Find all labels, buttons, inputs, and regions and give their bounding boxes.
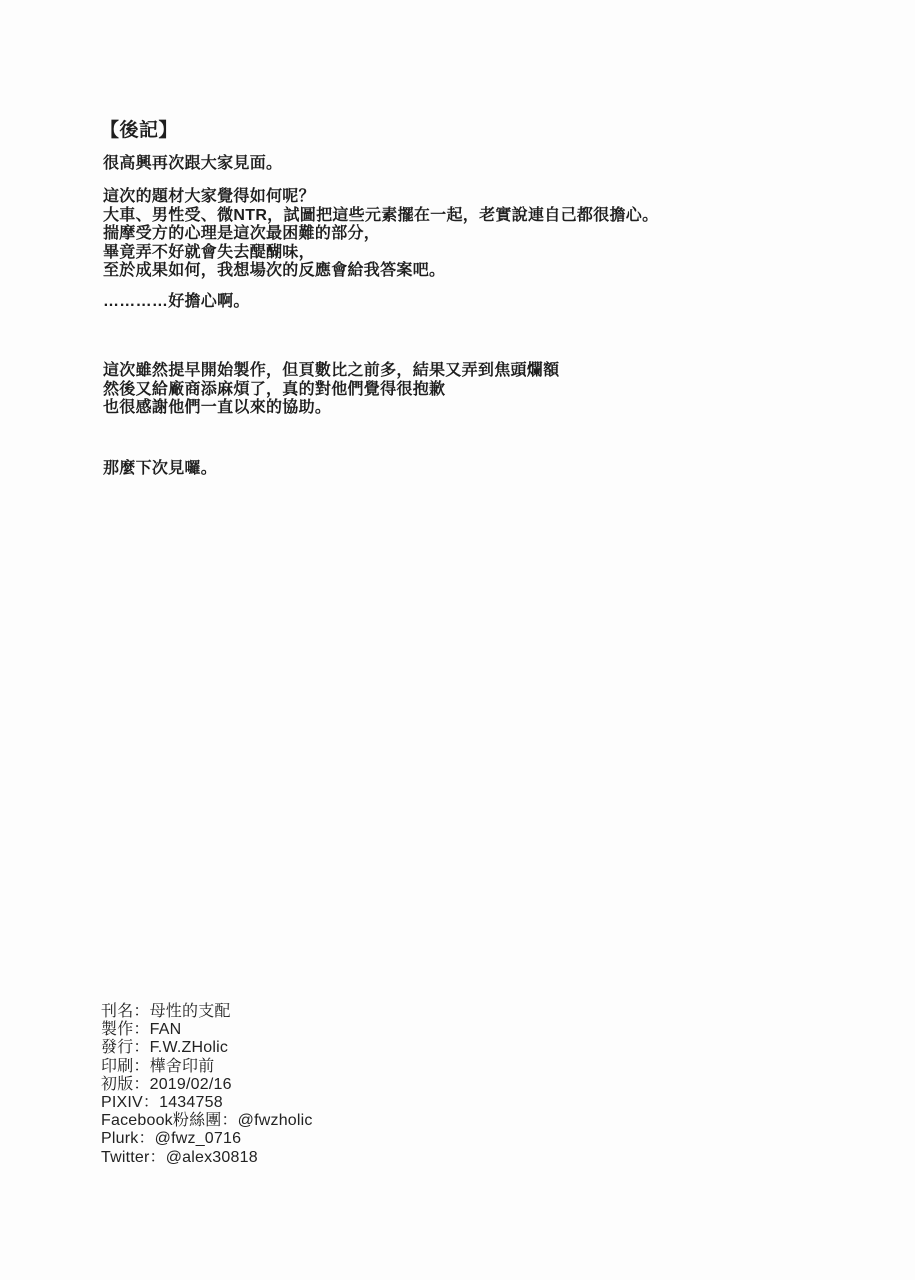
colophon-line-pixiv: PIXIV：1434758 xyxy=(101,1094,313,1112)
paragraph-line: 畢竟弄不好就會失去醍醐味， xyxy=(103,244,658,263)
afterword-page: 【後記】 很高興再次跟大家見面。 這次的題材大家覺得如何呢？ 大車、男性受、微N… xyxy=(0,0,915,1280)
paragraph-line: 至於成果如何，我想場次的反應會給我答案吧。 xyxy=(103,262,658,281)
paragraph-line: 也很感謝他們一直以來的協助。 xyxy=(103,399,559,418)
colophon-line-title: 刊名：母性的支配 xyxy=(101,1003,313,1021)
colophon-line-edition: 初版：2019/02/16 xyxy=(101,1076,313,1094)
colophon-line-printer: 印刷：樺舍印前 xyxy=(101,1058,313,1076)
paragraph-line: 這次雖然提早開始製作，但頁數比之前多，結果又弄到焦頭爛額 xyxy=(103,362,559,381)
colophon: 刊名：母性的支配 製作：FAN 發行：F.W.ZHolic 印刷：樺舍印前 初版… xyxy=(101,1003,313,1167)
colophon-line-twitter: Twitter：@alex30818 xyxy=(101,1149,313,1167)
afterword-title: 【後記】 xyxy=(100,115,178,142)
colophon-line-facebook: Facebook粉絲團：@fwzholic xyxy=(101,1112,313,1130)
colophon-line-plurk: Plurk：@fwz_0716 xyxy=(101,1130,313,1148)
colophon-line-maker: 製作：FAN xyxy=(101,1021,313,1039)
closing-line: 那麼下次見囉。 xyxy=(103,460,217,479)
paragraph-production: 這次雖然提早開始製作，但頁數比之前多，結果又弄到焦頭爛額 然後又給廠商添麻煩了，… xyxy=(103,362,559,418)
paragraph-line: 然後又給廠商添麻煩了，真的對他們覺得很抱歉 xyxy=(103,381,559,400)
greeting-line: 很高興再次跟大家見面。 xyxy=(103,155,282,174)
paragraph-topic: 這次的題材大家覺得如何呢？ 大車、男性受、微NTR，試圖把這些元素擺在一起，老實… xyxy=(103,188,658,281)
colophon-line-publisher: 發行：F.W.ZHolic xyxy=(101,1039,313,1057)
paragraph-line: 揣摩受方的心理是這次最困難的部分， xyxy=(103,225,658,244)
paragraph-line: 這次的題材大家覺得如何呢？ xyxy=(103,188,658,207)
paragraph-line: 大車、男性受、微NTR，試圖把這些元素擺在一起，老實說連自己都很擔心。 xyxy=(103,207,658,226)
worry-line: …………好擔心啊。 xyxy=(103,293,250,312)
